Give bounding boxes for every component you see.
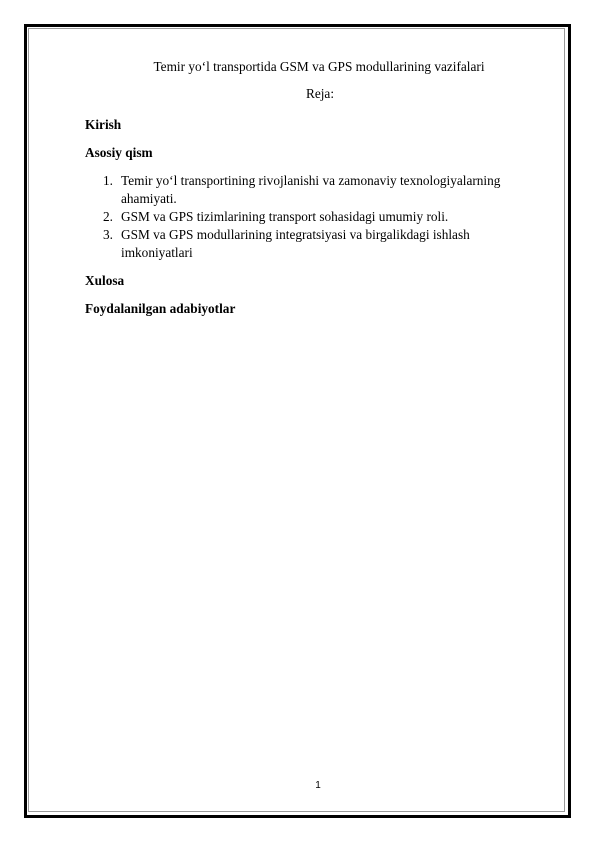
section-heading-intro: Kirish [85, 116, 121, 134]
outline-item: 1. Temir yo‘l transportining rivojlanish… [0, 172, 596, 208]
outline-item-text: GSM va GPS modullarining integratsiyasi … [121, 226, 541, 262]
outline-item: 2. GSM va GPS tizimlarining transport so… [0, 208, 596, 226]
document-title: Temir yo‘l transportida GSM va GPS modul… [0, 58, 596, 76]
outline-item-text: Temir yo‘l transportining rivojlanishi v… [121, 172, 541, 208]
section-heading-conclusion: Xulosa [85, 272, 124, 290]
outline-item-number: 2. [103, 208, 113, 226]
outline-list: 1. Temir yo‘l transportining rivojlanish… [0, 172, 596, 262]
outline-item: 3. GSM va GPS modullarining integratsiya… [0, 226, 596, 262]
outline-item-number: 3. [103, 226, 113, 244]
page-number: 1 [0, 780, 596, 792]
section-heading-references: Foydalanilgan adabiyotlar [85, 300, 235, 318]
section-heading-main: Asosiy qism [85, 144, 153, 162]
outline-item-number: 1. [103, 172, 113, 190]
outline-item-text: GSM va GPS tizimlarining transport sohas… [121, 208, 541, 226]
plan-label: Reja: [0, 85, 596, 103]
